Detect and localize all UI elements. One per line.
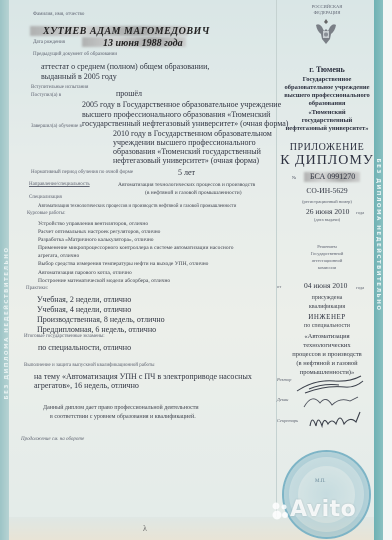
reg-number-label: (регистрационный номер) — [280, 199, 374, 204]
issue-date: 26 июня 2010 — [306, 207, 349, 216]
practice-item: Преддипломная, 6 недель, отлично — [37, 325, 156, 334]
entrance-value: прошёл — [116, 89, 142, 98]
coursework-item: Устройство управления вентиляторов, отли… — [38, 221, 148, 227]
diploma-supplement-page: БЕЗ ДИПЛОМА НЕДЕЙСТВИТЕЛЬНО БЕЗ ДИПЛОМА … — [0, 0, 392, 540]
completed-line4: нефтегазовый университет» (очная форма) — [113, 156, 259, 165]
specialization-label: Специализация — [29, 195, 62, 200]
practice-label: Практики: — [26, 286, 48, 291]
specialty-line2: (в нефтяной и газовой промышленности) — [145, 190, 242, 196]
specialty-line: «Автоматизация — [280, 333, 374, 340]
coursework-item: Расчет оптимальных настроек регуляторов,… — [38, 229, 160, 235]
coursework-item: Выбор средства измерения температуры неф… — [38, 261, 208, 267]
specialization-value: Автоматизация технологических процессов … — [38, 204, 236, 209]
column-divider — [276, 0, 277, 540]
left-strip-text: БЕЗ ДИПЛОМА НЕДЕЙСТВИТЕЛЬНО — [4, 198, 10, 448]
thesis-line1: на тему «Автоматизация УПН с ПЧ в электр… — [34, 372, 252, 381]
completed-line3: образования «Тюменский государственный — [113, 147, 261, 156]
city: г. Тюмень — [280, 65, 374, 74]
prev-doc-line2: выданный в 2005 году — [41, 72, 117, 81]
qualification-value: ИНЖЕНЕР — [280, 313, 374, 321]
rights-line1: Данный диплом дает право профессионально… — [43, 405, 199, 411]
by-specialty-label: по специальности — [280, 323, 374, 329]
coat-of-arms-icon — [313, 17, 339, 47]
coursework-item: Разработка «Матричного калькулятора», от… — [38, 237, 154, 243]
exams-value: по специальности, отлично — [38, 343, 131, 352]
decision-line: Решением — [280, 244, 374, 249]
practice-item: Производственная, 8 недель, отлично — [37, 315, 165, 324]
exams-label: Итоговые государственные экзамены: — [24, 334, 105, 339]
continued-label: Продолжение см. на обороте — [21, 437, 84, 442]
country-line2: ФЕДЕРАЦИЯ — [280, 10, 374, 15]
coursework-item: Применение микропроцессорного контроллер… — [38, 245, 233, 251]
prev-doc-line1: аттестат о среднем (полном) общем образо… — [41, 62, 209, 71]
decision-from: от — [277, 284, 281, 289]
rights-line2: в соответствии с уровнем образования и к… — [50, 414, 196, 420]
reg-number: СО-ИН-5629 — [280, 186, 374, 195]
coursework-item: агрегата, отлично — [38, 253, 79, 259]
period-label: Нормативный период обучения по очной фор… — [31, 170, 133, 175]
completed-line2: учреждении высшего профессионального — [113, 138, 256, 147]
enrolled-label: Поступил(а) в — [31, 93, 61, 98]
number-prefix: № — [292, 175, 296, 180]
coursework-item: Построение математической модели абсорбе… — [38, 278, 170, 284]
right-strip-text: БЕЗ ДИПЛОМА НЕДЕЙСТВИТЕЛЬНО — [375, 110, 381, 360]
country-line1: РОССИЙСКАЯ — [280, 4, 374, 9]
completed-label: Завершил(а) обучение в — [31, 124, 82, 129]
issue-date-suffix: года — [356, 210, 364, 215]
qualification-label: квалификация — [280, 304, 374, 310]
specialty-line: процессов и производств — [280, 351, 374, 358]
decision-line: комиссии — [280, 265, 374, 270]
institution-line: образовательное учреждение — [280, 84, 374, 92]
decision-line: Государственной — [280, 251, 374, 256]
decision-date: 04 июня 2010 — [304, 281, 347, 290]
practice-item: Учебная, 2 недели, отлично — [37, 295, 131, 304]
coursework-label: Курсовые работы: — [27, 211, 66, 216]
title-line2: К ДИПЛОМУ — [280, 153, 374, 169]
seal-text: М.П. — [315, 479, 326, 484]
institution-line: нефтегазовый университет» — [280, 125, 374, 133]
page-edge — [383, 0, 392, 540]
thesis-label: Выполнение и защита выпускной квалификац… — [24, 363, 155, 368]
rector-label: Ректор — [277, 377, 291, 382]
avito-watermark: Avito — [290, 497, 356, 522]
dob-label: Дата рождения — [33, 40, 65, 45]
institution-line: «Тюменский — [280, 109, 374, 117]
decision-date-suffix: года — [356, 285, 364, 290]
specialty-line: (в нефтяной и газовой — [280, 360, 374, 367]
specialty-label: Направление/специальность — [29, 182, 90, 187]
prev-doc-label: Предыдущий документ об образовании — [33, 52, 117, 57]
enrolled-line3: государственный нефтегазовый университет… — [82, 119, 288, 128]
institution-line: государственный — [280, 117, 374, 125]
specialty-line1: Автоматизация технологических процессов … — [118, 182, 255, 188]
issue-date-label: (дата выдачи) — [280, 217, 374, 222]
awarded-label: присуждена — [280, 295, 374, 301]
period-value: 5 лет — [178, 168, 195, 177]
diploma-number: БСА 0991270 — [310, 172, 355, 181]
full-name: ХУТИЕВ АДАМ МАГОМЕДОВИЧ — [43, 26, 210, 37]
official-seal — [282, 450, 371, 539]
enrolled-line2: высшего профессионального образования «Т… — [82, 110, 270, 119]
secretary-label: Секретарь — [277, 418, 298, 423]
decision-line: аттестационной — [280, 258, 374, 263]
practice-item: Учебная, 4 недели, отлично — [37, 305, 131, 314]
title-line1: ПРИЛОЖЕНИЕ — [280, 142, 374, 153]
specialty-line: технологических — [280, 342, 374, 349]
bottom-mark: λ — [143, 524, 147, 533]
dob-value: 13 июня 1988 года — [103, 38, 183, 49]
coursework-item: Автоматизация парового котла, отлично — [38, 270, 132, 276]
completed-line1: 2010 году в Государственном образователь… — [113, 129, 272, 138]
thesis-line2: агрегатов», 16 недель, отлично — [34, 381, 139, 390]
dean-label: Декан — [277, 397, 288, 402]
institution-line: Государственное — [280, 76, 374, 84]
institution-line: образования — [280, 100, 374, 108]
entrance-label: Вступительные испытания — [31, 85, 88, 90]
institution-line: высшего профессионального — [280, 92, 374, 100]
avito-logo-icon — [270, 501, 290, 521]
full-name-label: Фамилия, имя, отчество — [33, 12, 84, 17]
enrolled-line1: 2005 году в Государственное образователь… — [82, 100, 281, 109]
secretary-signature — [308, 408, 363, 430]
